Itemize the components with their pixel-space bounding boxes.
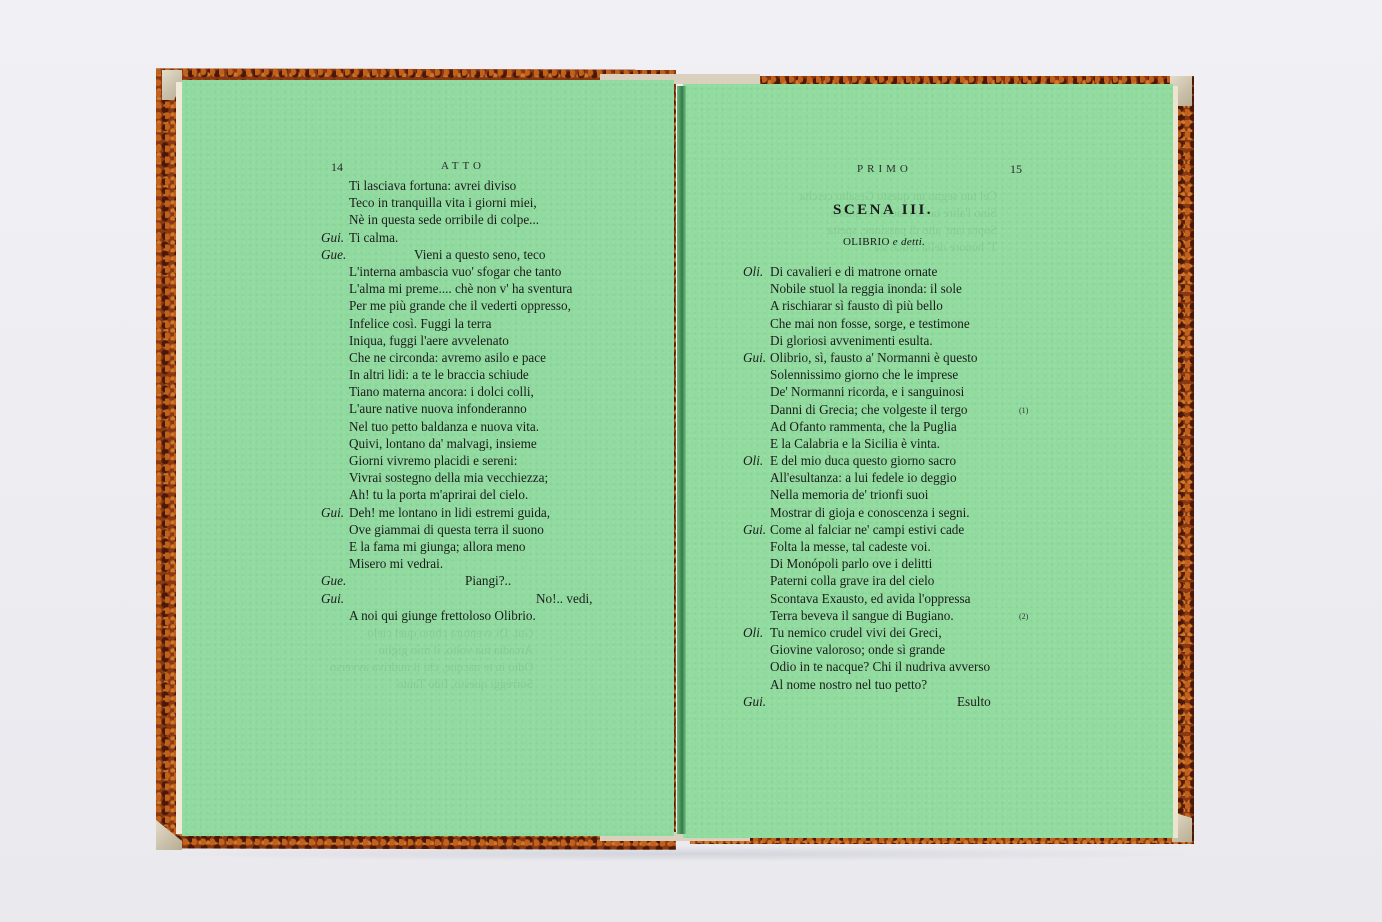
scene-title: SCENA III. <box>833 202 933 219</box>
verse-line: Terra beveva il sangue di Bugiano.(2) <box>743 607 1043 624</box>
verse-line: Gui.Esulto <box>743 693 1043 710</box>
verse-text: Danni di Grecia; che volgeste il tergo <box>770 401 968 418</box>
footnote-marker: (1) <box>1019 402 1028 419</box>
right-running-head: PRIMO <box>857 163 912 175</box>
verse-text: Olibrio, sì, fausto a' Normanni è questo <box>770 349 977 366</box>
speaker-label: Gue. <box>321 572 346 589</box>
verse-text: A rischiarar sì fausto dì più bello <box>770 297 943 314</box>
verse-text: Tiano materna ancora: i dolci colli, <box>349 383 534 400</box>
verse-line: Nè in questa sede orribile di colpe... <box>321 211 621 228</box>
verse-line: In altri lidi: a te le braccia schiude <box>321 366 621 383</box>
verse-text: De' Normanni ricorda, e i sanguinosi <box>770 383 964 400</box>
verse-text: Misero mi vedrai. <box>349 555 443 572</box>
speaker-label: Oli. <box>743 263 763 280</box>
verse-text: Vivrai sostegno della mia vecchiezza; <box>349 469 548 486</box>
scene-cast-name: OLIBRIO <box>843 236 890 248</box>
verse-text: Di cavalieri e di matrone ornate <box>770 263 937 280</box>
speaker-label: Gui. <box>743 693 766 710</box>
verse-text: Giovine valoroso; onde sì grande <box>770 641 945 658</box>
scene-cast-rest: e detti. <box>893 236 925 248</box>
verse-line: Solennissimo giorno che le imprese <box>743 366 1043 383</box>
verse-text: L'alma mi preme.... chè non v' ha sventu… <box>349 280 572 297</box>
verse-text: No!.. vedi, <box>536 590 592 607</box>
verse-line: Oli.Di cavalieri e di matrone ornate <box>743 263 1043 280</box>
verse-text: L'interna ambascia vuo' sfogar che tanto <box>349 263 561 280</box>
speaker-label: Gui. <box>321 590 344 607</box>
verse-text: Che ne circonda: avremo asilo e pace <box>349 349 546 366</box>
verse-text: Di Monópoli parlo ove i delitti <box>770 555 932 572</box>
verse-line: Vivrai sostegno della mia vecchiezza; <box>321 469 621 486</box>
verse-line: Giorni vivremo placidi e sereni: <box>321 452 621 469</box>
left-page-number: 14 <box>331 160 343 175</box>
verse-text: E la Calabria e la Sicilia è vinta. <box>770 435 940 452</box>
left-running-head: ATTO <box>441 160 485 172</box>
verse-text: Giorni vivremo placidi e sereni: <box>349 452 517 469</box>
verse-text: Terra beveva il sangue di Bugiano. <box>770 607 954 624</box>
verse-line: De' Normanni ricorda, e i sanguinosi <box>743 383 1043 400</box>
verse-text: All'esultanza: a lui fedele io deggio <box>770 469 957 486</box>
verse-text: Deh! me lontano in lidi estremi guida, <box>349 504 550 521</box>
scene-cast: OLIBRIO e detti. <box>843 236 925 248</box>
verse-line: All'esultanza: a lui fedele io deggio <box>743 469 1043 486</box>
verse-line: A noi qui giunge frettoloso Olibrio. <box>321 607 621 624</box>
speaker-label: Gui. <box>743 349 766 366</box>
verse-text: Che mai non fosse, sorge, e testimone <box>770 315 970 332</box>
verse-line: E la Calabria e la Sicilia è vinta. <box>743 435 1043 452</box>
verse-line: Quivi, lontano da' malvagi, insieme <box>321 435 621 452</box>
speaker-label: Gui. <box>743 521 766 538</box>
verse-text: Nella memoria de' trionfi suoi <box>770 486 928 503</box>
speaker-label: Gui. <box>321 229 344 246</box>
verse-line: Oli.E del mio duca questo giorno sacro <box>743 452 1043 469</box>
verse-line: Scontava Exausto, ed avida l'oppressa <box>743 590 1043 607</box>
verse-line: Mostrar di gioja e conoscenza i segni. <box>743 504 1043 521</box>
verse-line: Giovine valoroso; onde sì grande <box>743 641 1043 658</box>
verse-text: Quivi, lontano da' malvagi, insieme <box>349 435 537 452</box>
verse-text: Piangi?.. <box>465 572 511 589</box>
speaker-label: Gui. <box>321 504 344 521</box>
verse-line: Misero mi vedrai. <box>321 555 621 572</box>
verse-text: In altri lidi: a te le braccia schiude <box>349 366 529 383</box>
verse-line: Infelice così. Fuggi la terra <box>321 315 621 332</box>
verse-text: Folta la messe, tal cadeste voi. <box>770 538 931 555</box>
verse-line: Al nome nostro nel tuo petto? <box>743 676 1043 693</box>
verse-text: Esulto <box>957 693 991 710</box>
verse-line: E la fama mi giunga; allora meno <box>321 538 621 555</box>
verse-line: Che ne circonda: avremo asilo e pace <box>321 349 621 366</box>
verse-text: Ti calma. <box>349 229 398 246</box>
book-gutter <box>677 86 686 834</box>
verse-text: Infelice così. Fuggi la terra <box>349 315 491 332</box>
verse-line: L'aure native nuova infonderanno <box>321 400 621 417</box>
verse-line: Nel tuo petto baldanza e nuova vita. <box>321 418 621 435</box>
speaker-label: Oli. <box>743 624 763 641</box>
verse-line: Tiano materna ancora: i dolci colli, <box>321 383 621 400</box>
verse-text: Vieni a questo seno, teco <box>414 246 545 263</box>
verse-line: A rischiarar sì fausto dì più bello <box>743 297 1043 314</box>
verse-text: Ad Ofanto rammenta, che la Puglia <box>770 418 957 435</box>
verse-line: Per me più grande che il vederti oppress… <box>321 297 621 314</box>
verse-text: Per me più grande che il vederti oppress… <box>349 297 571 314</box>
left-page-text: Ti lasciava fortuna: avrei diviso Teco i… <box>321 177 621 624</box>
verse-text: Nel tuo petto baldanza e nuova vita. <box>349 418 539 435</box>
verse-text: A noi qui giunge frettoloso Olibrio. <box>349 607 536 624</box>
verse-line: Folta la messe, tal cadeste voi. <box>743 538 1043 555</box>
verse-text: Odio in te nacque? Chi il nudriva avvers… <box>770 658 990 675</box>
verse-text: Di gloriosi avvenimenti esulta. <box>770 332 933 349</box>
verse-line: Nella memoria de' trionfi suoi <box>743 486 1043 503</box>
verse-text: Come al falciar ne' campi estivi cade <box>770 521 964 538</box>
verse-text: Nè in questa sede orribile di colpe... <box>349 211 539 228</box>
show-through-text: Gui. Di sventura chino quel cieloArcadia… <box>330 625 533 693</box>
right-page-number: 15 <box>1010 162 1022 177</box>
verse-line: Gui.Deh! me lontano in lidi estremi guid… <box>321 504 621 521</box>
verse-text: Al nome nostro nel tuo petto? <box>770 676 927 693</box>
verse-text: Ove giammai di questa terra il suono <box>349 521 544 538</box>
verse-line: Gue.Vieni a questo seno, teco <box>321 246 621 263</box>
verse-text: L'aure native nuova infonderanno <box>349 400 527 417</box>
verse-line: Oli.Tu nemico crudel vivi dei Greci, <box>743 624 1043 641</box>
verse-line: Nobile stuol la reggia inonda: il sole <box>743 280 1043 297</box>
verse-text: E del mio duca questo giorno sacro <box>770 452 956 469</box>
verse-line: Gui.No!.. vedi, <box>321 590 621 607</box>
verse-line: Ti lasciava fortuna: avrei diviso <box>321 177 621 194</box>
verse-text: Paterni colla grave ira del cielo <box>770 572 934 589</box>
verse-line: Ove giammai di questa terra il suono <box>321 521 621 538</box>
verse-text: Scontava Exausto, ed avida l'oppressa <box>770 590 971 607</box>
verse-text: Mostrar di gioja e conoscenza i segni. <box>770 504 970 521</box>
verse-line: Gui.Ti calma. <box>321 229 621 246</box>
speaker-label: Oli. <box>743 452 763 469</box>
verse-line: Odio in te nacque? Chi il nudriva avvers… <box>743 658 1043 675</box>
verse-line: Paterni colla grave ira del cielo <box>743 572 1043 589</box>
speaker-label: Gue. <box>321 246 346 263</box>
verse-line: Danni di Grecia; che volgeste il tergo(1… <box>743 401 1043 418</box>
verse-line: L'interna ambascia vuo' sfogar che tanto <box>321 263 621 280</box>
verse-line: L'alma mi preme.... chè non v' ha sventu… <box>321 280 621 297</box>
verse-text: E la fama mi giunga; allora meno <box>349 538 526 555</box>
right-page-edges <box>1173 86 1178 838</box>
verse-line: Iniqua, fuggi l'aere avvelenato <box>321 332 621 349</box>
verse-text: Tu nemico crudel vivi dei Greci, <box>770 624 942 641</box>
verse-line: Gui.Come al falciar ne' campi estivi cad… <box>743 521 1043 538</box>
verse-text: Ti lasciava fortuna: avrei diviso <box>349 177 516 194</box>
verse-line: Gui.Olibrio, sì, fausto a' Normanni è qu… <box>743 349 1043 366</box>
verse-line: Ad Ofanto rammenta, che la Puglia <box>743 418 1043 435</box>
verse-line: Gue.Piangi?.. <box>321 572 621 589</box>
right-page-text: Oli.Di cavalieri e di matrone ornate Nob… <box>743 263 1043 710</box>
verse-text: Ah! tu la porta m'aprirai del cielo. <box>349 486 528 503</box>
verse-text: Iniqua, fuggi l'aere avvelenato <box>349 332 509 349</box>
verse-line: Che mai non fosse, sorge, e testimone <box>743 315 1043 332</box>
verse-line: Ah! tu la porta m'aprirai del cielo. <box>321 486 621 503</box>
footnote-marker: (2) <box>1019 608 1028 625</box>
verse-line: Teco in tranquilla vita i giorni miei, <box>321 194 621 211</box>
verse-text: Teco in tranquilla vita i giorni miei, <box>349 194 537 211</box>
verse-text: Solennissimo giorno che le imprese <box>770 366 958 383</box>
verse-line: Di gloriosi avvenimenti esulta. <box>743 332 1043 349</box>
verse-line: Di Monópoli parlo ove i delitti <box>743 555 1043 572</box>
verse-text: Nobile stuol la reggia inonda: il sole <box>770 280 962 297</box>
